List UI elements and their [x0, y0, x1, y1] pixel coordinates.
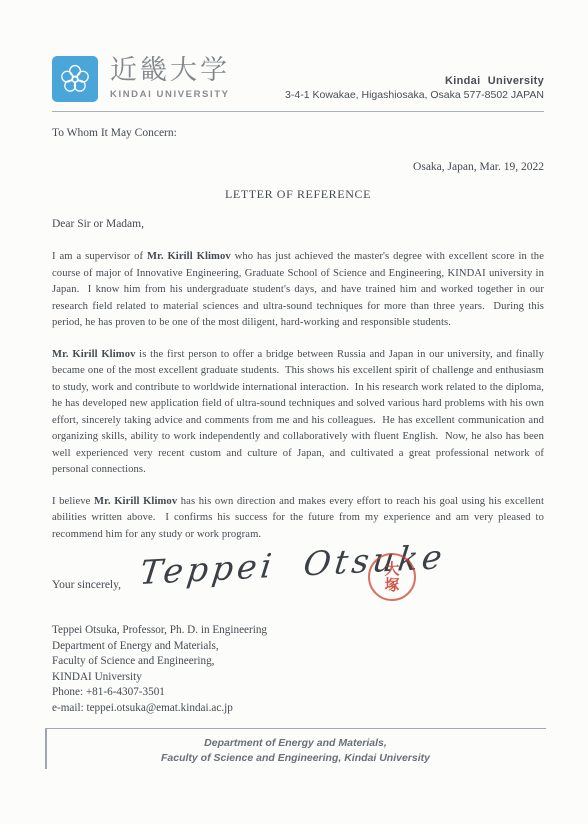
letterhead-row: 近畿大学 KINDAI UNIVERSITY Kindai University…: [52, 56, 544, 102]
signer-phone: Phone: +81-6-4307-3501: [52, 685, 544, 701]
letterhead-address-block: Kindai University 3-4-1 Kowakae, Higashi…: [285, 75, 544, 102]
to-whom-line: To Whom It May Concern:: [52, 127, 544, 139]
paragraph-3: I believe Mr. Kirill Klimov has his own …: [52, 494, 544, 544]
signature-block: Teppei Otsuka, Professor, Ph. D. in Engi…: [52, 623, 544, 716]
logo-wordmark: 近畿大学 KINDAI UNIVERSITY: [110, 56, 230, 100]
footer-line-1: Department of Energy and Materials,: [45, 736, 546, 751]
date-line: Osaka, Japan, Mar. 19, 2022: [52, 161, 544, 173]
closing-row: Your sincerely, Teppei Otsuke 大塚: [52, 553, 544, 619]
university-name: Kindai University: [285, 75, 544, 87]
letter-page: 近畿大学 KINDAI UNIVERSITY Kindai University…: [0, 0, 588, 824]
kindai-logo: [52, 56, 98, 102]
signer-name-title: Teppei Otsuka, Professor, Ph. D. in Engi…: [52, 623, 544, 639]
letterhead-divider: [52, 111, 544, 112]
signer-university: KINDAI University: [52, 670, 544, 686]
footer-line-2: Faculty of Science and Engineering, Kind…: [45, 751, 546, 766]
closing-phrase: Your sincerely,: [52, 579, 121, 591]
hanko-stamp-kanji: 大塚: [382, 561, 403, 593]
university-address: 3-4-1 Kowakae, Higashiosaka, Osaka 577-8…: [285, 89, 544, 101]
logo-japanese-text: 近畿大学: [110, 56, 230, 86]
paragraph-2: Mr. Kirill Klimov is the first person to…: [52, 347, 544, 479]
logo-english-text: KINDAI UNIVERSITY: [110, 89, 230, 100]
signer-department: Department of Energy and Materials,: [52, 639, 544, 655]
salutation: Dear Sir or Madam,: [52, 218, 544, 230]
signer-faculty: Faculty of Science and Engineering,: [52, 654, 544, 670]
page-footer: Department of Energy and Materials, Facu…: [45, 728, 546, 766]
paragraph-1: I am a supervisor of Mr. Kirill Klimov w…: [52, 249, 544, 332]
hanko-stamp: 大塚: [368, 553, 416, 601]
plum-blossom-icon: [58, 62, 92, 96]
letterhead: 近畿大学 KINDAI UNIVERSITY Kindai University…: [52, 56, 544, 112]
letter-title: LETTER OF REFERENCE: [52, 187, 544, 202]
signer-email: e-mail: teppei.otsuka@emat.kindai.ac.jp: [52, 701, 544, 717]
